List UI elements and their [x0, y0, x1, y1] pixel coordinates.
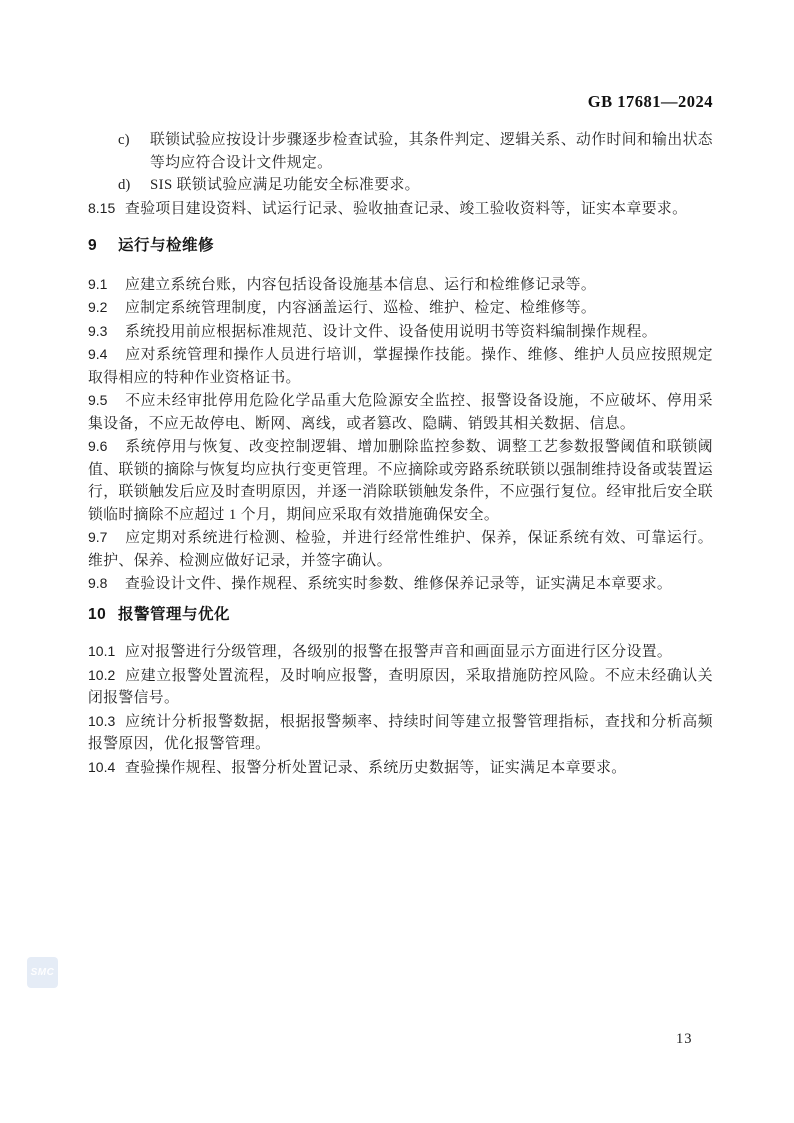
section-10-heading: 10报警管理与优化	[88, 604, 713, 627]
clause-10-3-number: 10.3	[88, 710, 125, 733]
clause-9-8-number: 9.8	[88, 572, 125, 595]
clause-9-3: 9.3系统投用前应根据标准规范、设计文件、设备使用说明书等资料编制操作规程。	[88, 320, 713, 344]
clause-10-4-text: 查验操作规程、报警分析处置记录、系统历史数据等，证实满足本章要求。	[125, 760, 627, 776]
clause-9-2-number: 9.2	[88, 296, 125, 319]
list-item-c-marker: c)	[118, 129, 130, 152]
clause-10-4-number: 10.4	[88, 756, 125, 779]
clause-9-8: 9.8查验设计文件、操作规程、系统实时参数、维修保养记录等，证实满足本章要求。	[88, 572, 713, 596]
clause-10-4: 10.4查验操作规程、报警分析处置记录、系统历史数据等，证实满足本章要求。	[88, 756, 713, 780]
list-item-d: d)SIS 联锁试验应满足功能安全标准要求。	[88, 174, 713, 197]
list-item-d-marker: d)	[118, 174, 130, 197]
section-10-title: 报警管理与优化	[118, 606, 230, 623]
watermark-logo-text: SMC	[31, 967, 55, 978]
clause-9-1-number: 9.1	[88, 273, 125, 296]
clause-9-4-text: 应对系统管理和操作人员进行培训，掌握操作技能。操作、维修、维护人员应按照规定取得…	[88, 347, 713, 386]
page-number: 13	[676, 1031, 693, 1048]
clause-9-1-text: 应建立系统台账，内容包括设备设施基本信息、运行和检维修记录等。	[125, 277, 596, 293]
clause-9-6-number: 9.6	[88, 435, 125, 458]
clause-9-7-text: 应定期对系统进行检测、检验，并进行经常性维护、保养，保证系统有效、可靠运行。维护…	[88, 530, 713, 569]
clause-8-15: 8.15查验项目建设资料、试运行记录、验收抽查记录、竣工验收资料等，证实本章要求…	[88, 197, 713, 221]
clause-9-3-text: 系统投用前应根据标准规范、设计文件、设备使用说明书等资料编制操作规程。	[125, 324, 657, 340]
clause-9-5-number: 9.5	[88, 389, 125, 412]
section-9-heading: 9运行与检维修	[88, 235, 713, 258]
clause-9-1: 9.1应建立系统台账，内容包括设备设施基本信息、运行和检维修记录等。	[88, 273, 713, 297]
document-content: c)联锁试验应按设计步骤逐步检查试验，其条件判定、逻辑关系、动作时间和输出状态等…	[88, 129, 713, 779]
clause-10-2: 10.2应建立报警处置流程，及时响应报警，查明原因，采取措施防控风险。不应未经确…	[88, 664, 713, 710]
clause-10-1-number: 10.1	[88, 640, 125, 663]
list-item-d-text: SIS 联锁试验应满足功能安全标准要求。	[150, 177, 420, 193]
clause-9-6-text: 系统停用与恢复、改变控制逻辑、增加删除监控参数、调整工艺参数报警阈值和联锁阈值、…	[88, 439, 713, 523]
clause-10-1-text: 应对报警进行分级管理，各级别的报警在报警声音和画面显示方面进行区分设置。	[125, 644, 672, 660]
clause-9-5-text: 不应未经审批停用危险化学品重大危险源安全监控、报警设备设施，不应破坏、停用采集设…	[88, 393, 713, 432]
clause-9-6: 9.6系统停用与恢复、改变控制逻辑、增加删除监控参数、调整工艺参数报警阈值和联锁…	[88, 435, 713, 526]
document-page: GB 17681—2024 c)联锁试验应按设计步骤逐步检查试验，其条件判定、逻…	[0, 0, 794, 1123]
clause-10-2-number: 10.2	[88, 664, 125, 687]
section-9-number: 9	[88, 235, 118, 258]
list-item-c-text: 联锁试验应按设计步骤逐步检查试验，其条件判定、逻辑关系、动作时间和输出状态等均应…	[150, 132, 713, 171]
standard-code-header: GB 17681—2024	[588, 92, 713, 112]
clause-9-2: 9.2应制定系统管理制度，内容涵盖运行、巡检、维护、检定、检维修等。	[88, 296, 713, 320]
clause-9-3-number: 9.3	[88, 320, 125, 343]
clause-9-5: 9.5不应未经审批停用危险化学品重大危险源安全监控、报警设备设施，不应破坏、停用…	[88, 389, 713, 435]
clause-9-4-number: 9.4	[88, 343, 125, 366]
clause-9-2-text: 应制定系统管理制度，内容涵盖运行、巡检、维护、检定、检维修等。	[125, 300, 596, 316]
clause-9-7-number: 9.7	[88, 526, 125, 549]
clause-10-2-text: 应建立报警处置流程，及时响应报警，查明原因，采取措施防控风险。不应未经确认关闭报…	[88, 668, 713, 707]
clause-10-1: 10.1应对报警进行分级管理，各级别的报警在报警声音和画面显示方面进行区分设置。	[88, 640, 713, 664]
section-9-title: 运行与检维修	[118, 237, 214, 254]
clause-9-4: 9.4应对系统管理和操作人员进行培训，掌握操作技能。操作、维修、维护人员应按照规…	[88, 343, 713, 389]
list-item-c: c)联锁试验应按设计步骤逐步检查试验，其条件判定、逻辑关系、动作时间和输出状态等…	[88, 129, 713, 174]
watermark-logo: SMC	[27, 957, 58, 988]
clause-10-3-text: 应统计分析报警数据，根据报警频率、持续时间等建立报警管理指标，查找和分析高频报警…	[88, 714, 713, 753]
section-10-number: 10	[88, 604, 118, 627]
clause-9-8-text: 查验设计文件、操作规程、系统实时参数、维修保养记录等，证实满足本章要求。	[125, 576, 672, 592]
clause-8-15-text: 查验项目建设资料、试运行记录、验收抽查记录、竣工验收资料等，证实本章要求。	[125, 201, 687, 217]
clause-9-7: 9.7应定期对系统进行检测、检验，并进行经常性维护、保养，保证系统有效、可靠运行…	[88, 526, 713, 572]
clause-8-15-number: 8.15	[88, 197, 125, 220]
clause-10-3: 10.3应统计分析报警数据，根据报警频率、持续时间等建立报警管理指标，查找和分析…	[88, 710, 713, 756]
